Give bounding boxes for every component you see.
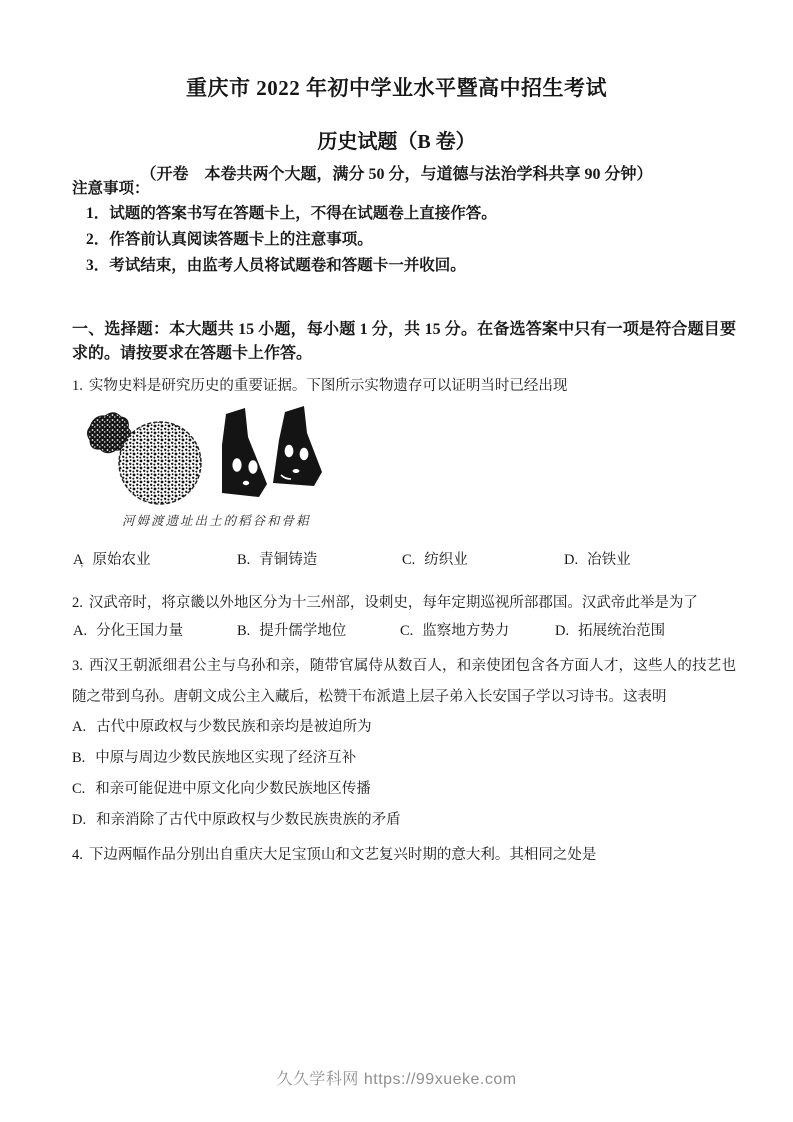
option-d: D.拓展统治范围 [555,619,665,640]
question-1-text: 1.实物史料是研究历史的重要证据。下图所示实物遗存可以证明当时已经出现 [72,374,738,398]
option-d: D.冶铁业 [564,548,631,569]
option-b: B.青铜铸造 [237,548,317,569]
option-c: C.监察地方势力 [400,619,509,640]
figure-caption: 河姆渡遗址出土的稻谷和骨耜 [122,511,311,529]
question-3-text: 3.西汉王朝派细君公主与乌孙和亲，随带官属侍从数百人，和亲使团包含各方面人才，这… [72,651,736,713]
exam-subtitle: 历史试题（B 卷） [0,125,793,154]
rice-grain-pile [119,422,201,504]
watermark-footer: 久久学科网 https://99xueke.com [0,1066,793,1089]
question-2-text: 2.汉武帝时，将京畿以外地区分为十三州部，设刺史，每年定期巡视所部郡国。汉武帝此… [72,591,738,615]
question-1-figure [76,403,396,509]
notice-item: 1．试题的答案书写在答题卡上，不得在试题卷上直接作答。 [86,201,497,223]
question-3-option-d: D.和亲消除了古代中原政权与少数民族贵族的矛盾 [72,808,401,829]
section-heading-multiple-choice: 一、选择题：本大题共 15 小题，每小题 1 分，共 15 分。在备选答案中只有… [72,318,736,366]
option-c: C.纺织业 [402,548,468,569]
option-a: A.分化王国力量 [73,619,183,640]
option-b: B.提升儒学地位 [237,619,346,640]
question-3-option-b: B.中原与周边少数民族地区实现了经济互补 [72,746,356,767]
notices-heading: 注意事项： [72,176,150,198]
option-a: A原始农业 [73,548,150,569]
question-2-options: A.分化王国力量 B.提升儒学地位 C.监察地方势力 D.拓展统治范围 [73,619,753,641]
question-4-text: 4.下边两幅作品分别出自重庆大足宝顶山和文艺复兴时期的意大利。其相同之处是 [72,843,738,867]
question-3-option-c: C.和亲可能促进中原文化向少数民族地区传播 [72,777,371,798]
exam-title: 重庆市 2022 年初中学业水平暨高中招生考试 [0,72,793,102]
question-3-number: 3. [72,658,83,674]
notice-item: 2．作答前认真阅读答题卡上的注意事项。 [86,227,373,249]
question-1-options: A原始农业 B.青铜铸造 C.纺织业 D.冶铁业 [73,548,753,570]
bone-spade-right [273,406,322,486]
artifact-illustration [76,403,396,509]
question-2-number: 2. [72,595,83,611]
exam-paper-page: 重庆市 2022 年初中学业水平暨高中招生考试 历史试题（B 卷） （开卷 本卷… [0,0,793,1122]
print-stray-mark: ’ [80,563,84,575]
question-4-number: 4. [72,847,83,863]
question-3-option-a: A.古代中原政权与少数民族和亲均是被迫所为 [72,715,372,736]
notice-item: 3．考试结束，由监考人员将试题卷和答题卡一并收回。 [86,253,466,275]
bone-spade-left [222,408,267,497]
question-1-number: 1. [72,378,83,394]
